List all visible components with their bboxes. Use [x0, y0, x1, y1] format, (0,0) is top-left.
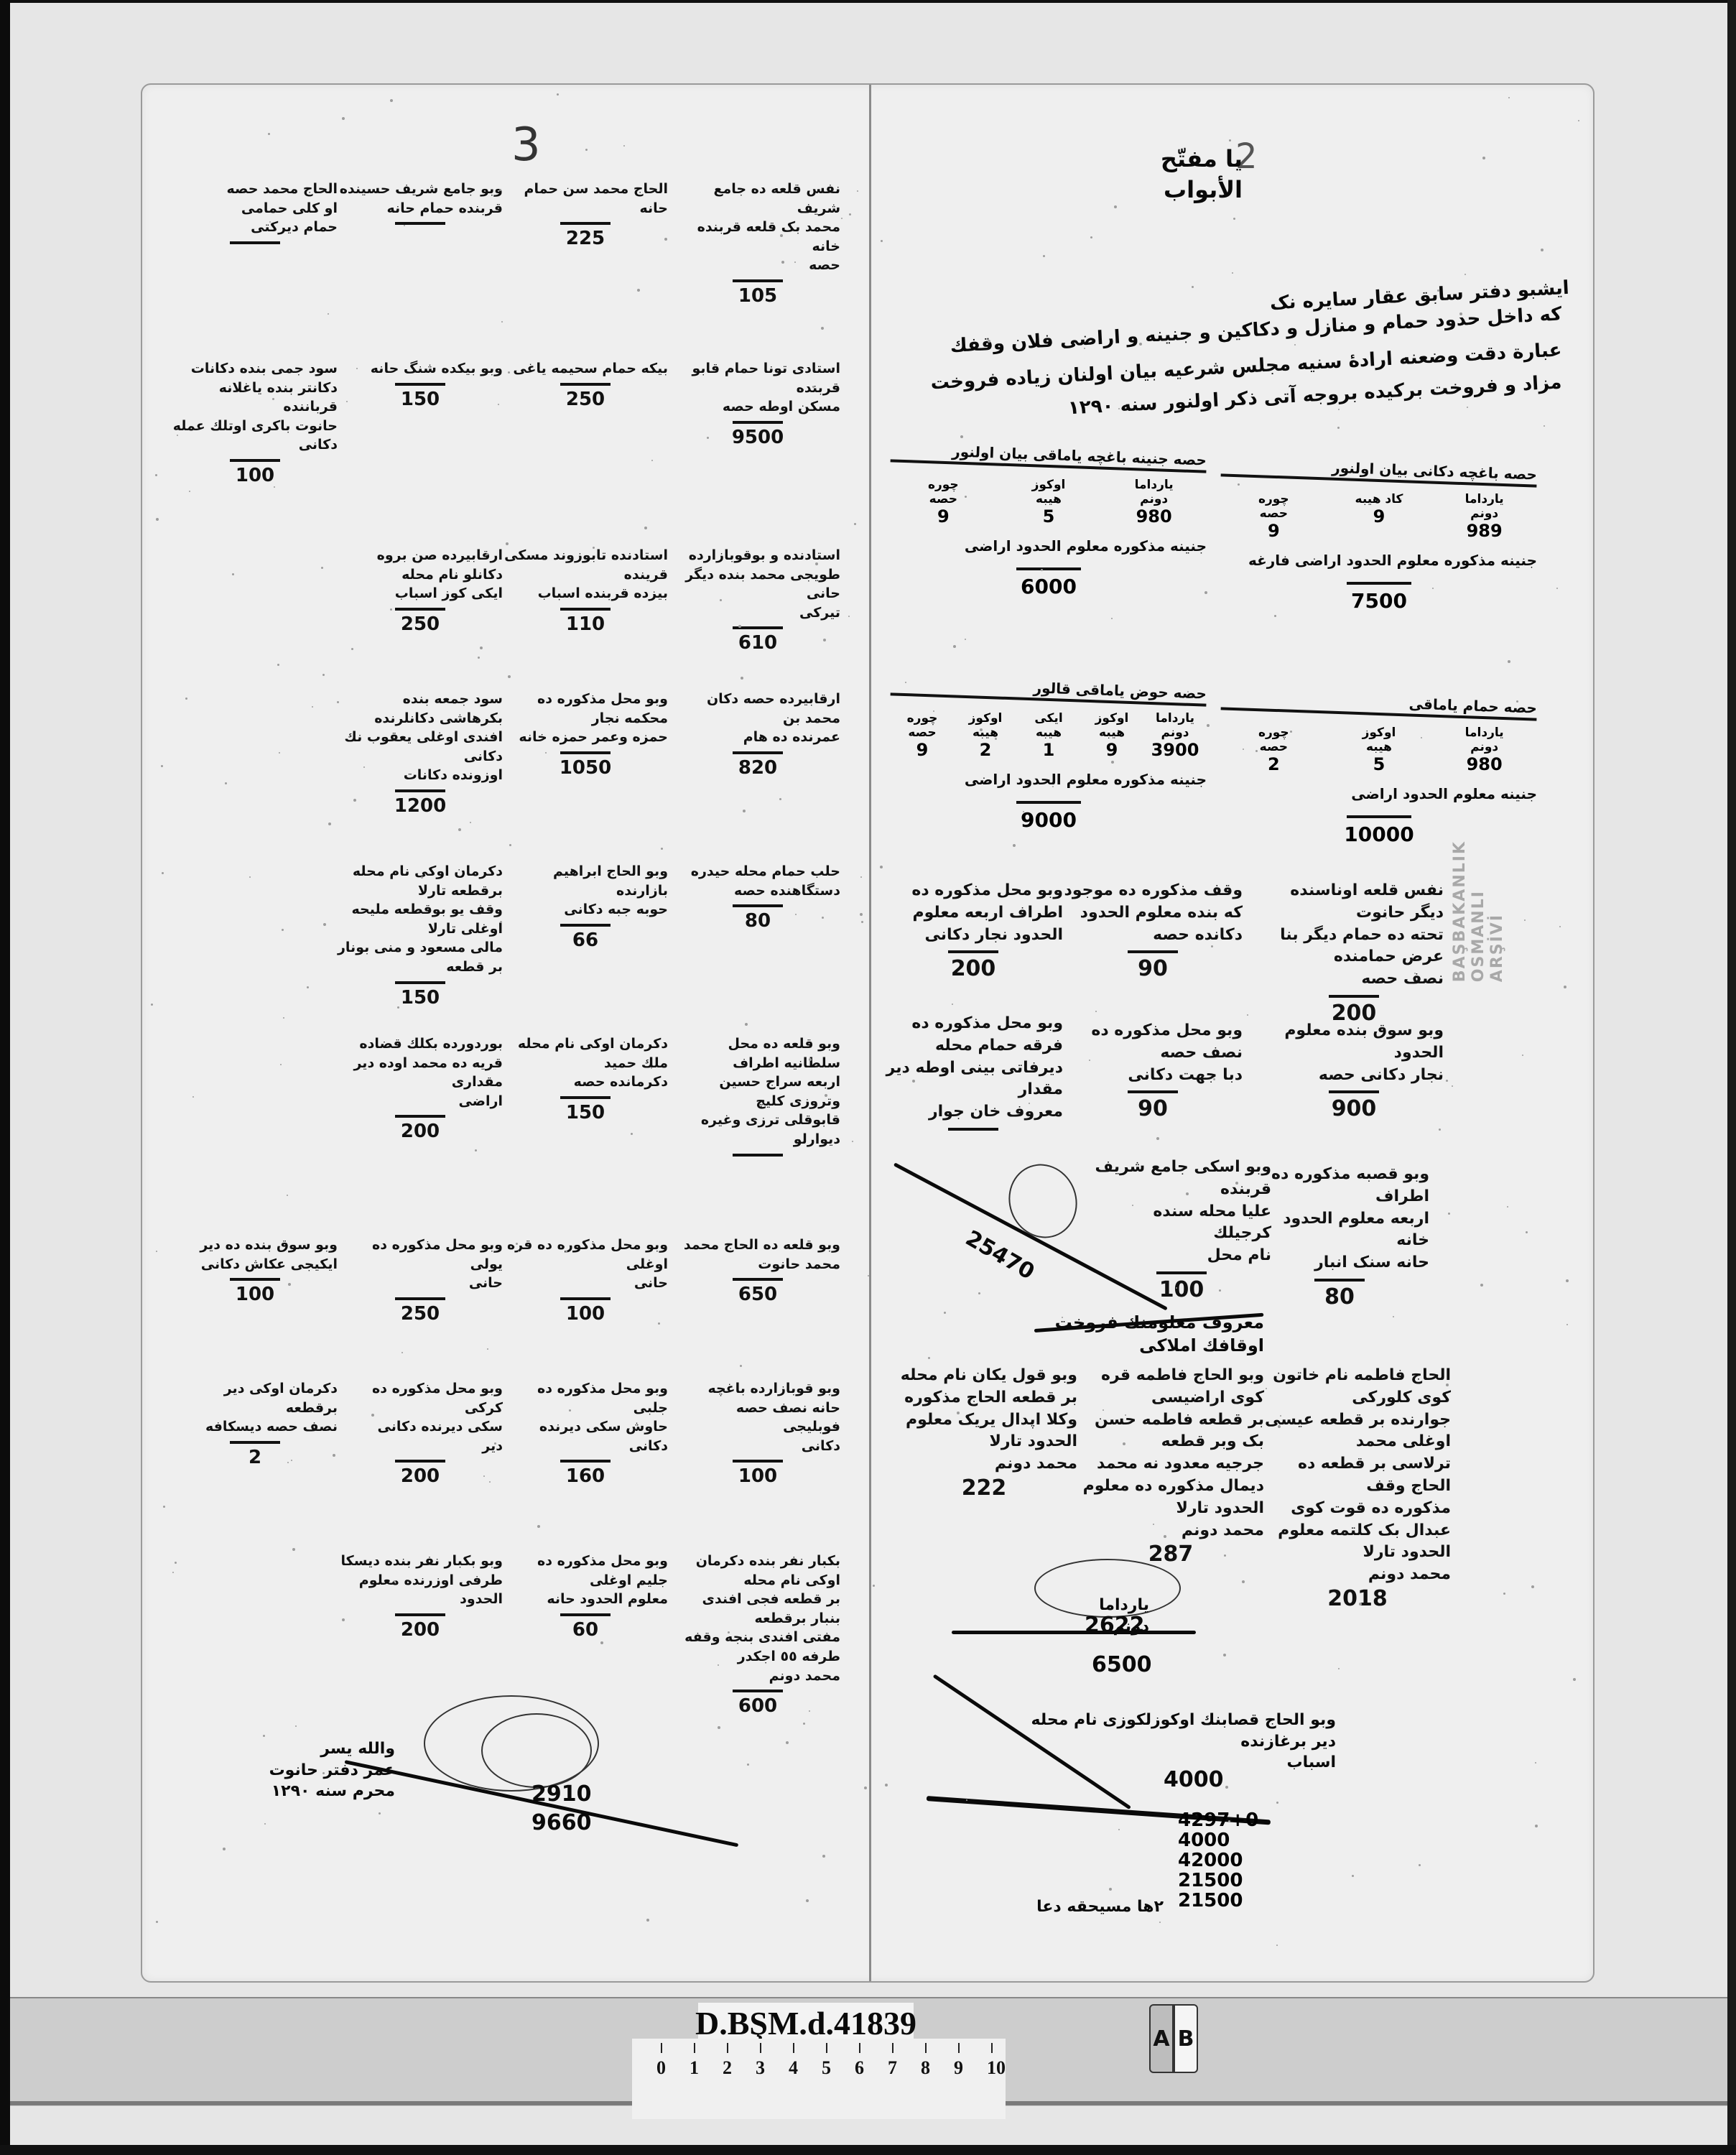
block-column: ایکی هیبه1	[1024, 711, 1074, 760]
block-columns: یارداما دونم980اوکوز هیبه5چوره حصه9	[891, 478, 1207, 527]
entry-value: 650	[675, 1284, 840, 1305]
ledger-entry: وبو الحاج ابراهیم بازارنده حوبه جبه دکان…	[503, 862, 668, 951]
total-rule	[1016, 801, 1081, 804]
entry-value: 150	[503, 1102, 668, 1123]
paper-speck	[912, 1080, 915, 1083]
paper-speck	[822, 1855, 825, 1858]
ruler-label: 3	[756, 2057, 765, 2079]
entry-rule	[733, 1154, 783, 1157]
column-label: چوره حصه	[1248, 492, 1299, 521]
paper-speck	[1338, 409, 1340, 410]
ledger-entry: وبو محل مذکوره ده فرقه حمام محله دیرفاتی…	[883, 1013, 1063, 1134]
entry-rule	[733, 421, 783, 424]
ledger-entry: وبو قلعه ده الحاج محمد محمد حانوت650	[675, 1236, 840, 1305]
entry-rule	[733, 751, 783, 754]
entry-rule	[395, 981, 445, 984]
entry-value: 100	[675, 1465, 840, 1487]
entry-value: 250	[338, 1303, 503, 1325]
block-total: 7500	[1221, 589, 1537, 613]
column-value: 9	[1087, 740, 1137, 760]
left-oval-total-2: 9660	[532, 1810, 592, 1835]
entry-value: 150	[338, 987, 503, 1009]
paper-speck	[1516, 700, 1518, 703]
paper-speck	[288, 1283, 291, 1286]
final-entry-value: 4000	[1164, 1767, 1224, 1792]
paper-speck	[1482, 157, 1485, 159]
ledger-entry: وبو جامع شریف حسینده قربنده حمام حانه	[338, 180, 503, 228]
paper-speck	[487, 1348, 488, 1350]
ruler-label: 5	[822, 2057, 831, 2079]
ruler-label: 0	[656, 2057, 666, 2079]
block-column: یارداما دونم980	[1459, 726, 1510, 774]
paper-speck	[1393, 1316, 1394, 1317]
ruler-tick	[958, 2043, 960, 2053]
paper-speck	[905, 682, 906, 683]
paper-speck	[841, 218, 843, 219]
column-label: یارداما دونم	[1459, 726, 1510, 754]
entry-value: 250	[503, 389, 668, 410]
paper-speck	[1232, 272, 1233, 274]
paper-speck	[1573, 1678, 1576, 1681]
ledger-entry: وبو سوق بنده ده دیر ایکیجی عکاش دکانی100	[172, 1236, 338, 1305]
paper-speck	[1052, 786, 1054, 787]
scan-frame-top	[0, 0, 1736, 3]
paper-speck	[1337, 427, 1340, 429]
block-note: جنینه مذکوره معلوم الحدود اراضی	[891, 770, 1207, 789]
paper-speck	[390, 608, 392, 611]
paper-speck	[499, 189, 501, 191]
total-rule	[1347, 815, 1411, 818]
ledger-entry: وبو محل مذکوره ده نصف حصه دبا جهت دکانی9…	[1063, 1020, 1243, 1121]
entry-rule	[560, 751, 611, 754]
entry-rule	[395, 1613, 445, 1616]
paper-speck	[600, 1641, 603, 1644]
archive-stamp-line: ARŞİVİ	[1488, 914, 1506, 982]
ab-page-b: B	[1174, 2004, 1198, 2073]
block-columns: یارداما دونم980اوکوز هیبه5چوره حصه2	[1221, 726, 1537, 774]
entry-value: 820	[675, 757, 840, 779]
paper-speck	[156, 518, 159, 521]
paper-speck	[644, 527, 647, 529]
entry-value: 200	[338, 1619, 503, 1641]
entry-text: وبو اسکی جامع شریف قربنده علیا محله سنده…	[1092, 1157, 1271, 1267]
ruler-label: 6	[855, 2057, 864, 2079]
total-rule	[1016, 567, 1081, 570]
paper-speck	[397, 1006, 399, 1009]
page-number-left: 3	[511, 119, 541, 172]
block-columns: یارداما دونم989کاد هیبه9چوره حصه9	[1221, 492, 1537, 541]
paper-speck	[988, 340, 990, 343]
left-signature: والله یسر عمر دفتر حانوت محرم سنه ١٢٩٠	[208, 1738, 395, 1802]
entry-rule	[560, 383, 611, 386]
paper-speck	[738, 625, 741, 628]
block-heading: حصه جنینه باغچه یاماقی بیان اولنور	[891, 440, 1207, 473]
paper-speck	[1242, 1580, 1245, 1583]
entry-text: وبو محل مذکوره ده نصف حصه دبا جهت دکانی	[1063, 1020, 1243, 1086]
entry-value: 200	[883, 956, 1063, 981]
paper-speck	[1507, 1206, 1508, 1208]
entry-value: 1200	[338, 795, 503, 817]
paper-speck	[779, 798, 781, 800]
ruler-tick	[694, 2043, 695, 2053]
entry-text: وبو بیکده شنگ حانه	[338, 359, 503, 379]
entry-rule	[230, 1441, 280, 1444]
entry-rule	[395, 608, 445, 611]
total-rule	[952, 1631, 1196, 1634]
entry-rule	[1329, 1090, 1379, 1093]
paper-speck	[322, 674, 325, 676]
paper-speck	[864, 1786, 867, 1789]
column-value: 3900	[1150, 740, 1200, 760]
land-block: حصه باغچه دکانی بیان اولنوریارداما دونم9…	[1221, 460, 1537, 613]
entry-value: 9500	[675, 427, 840, 448]
ledger-entry: الحاج محمد حصه او کلی حمامی حمام دیرکتی	[172, 180, 338, 247]
final-entry: وبو الحاج قصابنك اوکوزلکوزی نام محله دیر…	[1020, 1710, 1336, 1774]
entry-rule	[560, 1460, 611, 1463]
paper-speck	[1419, 1864, 1421, 1866]
paper-speck	[995, 738, 997, 740]
ledger-entry: وبو محل مذکوره ده کرکی سکی دیرنده دکانی …	[338, 1379, 503, 1487]
paper-speck	[1095, 1718, 1096, 1719]
paper-speck	[506, 542, 509, 545]
entry-text: وبو الحاج فاطمه قره کوی اراضیسی بر قطعه …	[1077, 1365, 1264, 1542]
entry-rule	[733, 279, 783, 282]
entry-text: وبو قصبه مذکوره ده اطراف اربعه معلوم الح…	[1250, 1164, 1429, 1274]
column-value: 980	[1129, 506, 1179, 527]
paper-speck	[280, 1064, 282, 1065]
block-column: چوره حصه9	[918, 478, 968, 527]
paper-speck	[1223, 1654, 1226, 1656]
paper-speck	[363, 766, 365, 768]
block-note: جنینه مذکوره معلوم الحدود اراضی	[891, 537, 1207, 556]
entry-rule	[948, 950, 998, 953]
entry-value: 80	[675, 910, 840, 932]
entry-rule	[733, 1690, 783, 1692]
entry-rule	[733, 1460, 783, 1463]
entry-text: وبو محل مذکوره ده اطراف اربعه معلوم الحد…	[883, 880, 1063, 946]
ledger-entry: بوردورده بکلك قضاده قریه ده محمد اوده دی…	[338, 1034, 503, 1142]
paper-speck	[287, 1195, 288, 1196]
ledger-entry: وبو اسکی جامع شریف قربنده علیا محله سنده…	[1092, 1157, 1271, 1302]
scan-frame-bottom	[0, 2145, 1736, 2155]
column-label: چوره حصه	[897, 711, 947, 740]
entry-text: وبو قلعه ده محل سلطانیه اطراف اربعه سراج…	[675, 1034, 840, 1149]
entry-value: 105	[675, 285, 840, 307]
ledger-entry: وبو محل مذکوره ده جلبی حاوش سکی دیرنده د…	[503, 1379, 668, 1487]
ab-book-icon: A B	[1149, 2004, 1198, 2073]
bottom-note: ٢ها مسیحقه دعا	[1034, 1896, 1164, 1918]
column-value: 9	[897, 740, 947, 760]
ledger-entry: حلب حمام محله حیدره دستگاهنده حصه80	[675, 862, 840, 932]
column-value: 5	[1354, 754, 1404, 774]
entry-rule	[230, 459, 280, 462]
block-column: اوکوز هیبه5	[1024, 478, 1074, 527]
entry-text: نفس قلعه اوناسنده دیگر حانوت تحته ده حما…	[1264, 880, 1444, 991]
entry-text: وبو جامع شریف حسینده قربنده حمام حانه	[338, 180, 503, 218]
ruler-tick	[991, 2043, 993, 2053]
ledger-entry: سود جمی بنده دکانات دکانتر بنده یاغلانه …	[172, 359, 338, 486]
column-value: 9	[1354, 506, 1404, 527]
entry-value: 90	[1063, 1096, 1243, 1121]
entry-text: وبو قلعه ده الحاج محمد محمد حانوت	[675, 1236, 840, 1274]
paper-speck	[328, 822, 331, 825]
paper-speck	[868, 1275, 869, 1276]
block-note: جنینه مذکوره معلوم الحدود اراضی فارغه	[1221, 551, 1537, 570]
column-label: اوکوز هیبه	[1354, 726, 1404, 754]
paper-speck	[1084, 348, 1085, 349]
land-block: حصه حمام یاماقییارداما دونم980اوکوز هیبه…	[1221, 693, 1537, 846]
ledger-entry: وقف مذکوره ده موجود که بنده معلوم الحدود…	[1063, 880, 1243, 981]
entry-rule	[1128, 1090, 1178, 1093]
paper-speck	[718, 1664, 719, 1666]
ledger-entry: ارقابیرده صن بروه دکانلو نام محله ایکی ک…	[338, 546, 503, 635]
archive-stamp-line: OSMANLI	[1470, 890, 1487, 982]
paper-speck	[1041, 569, 1043, 571]
ledger-entry: وبو محل مذکوره ده اطراف اربعه معلوم الحد…	[883, 880, 1063, 981]
entry-text: وبو محل مذکوره ده جلیم اوغلی معلوم الحدو…	[503, 1552, 668, 1609]
paper-speck	[1176, 1287, 1177, 1289]
bottom-total-value: 4000	[1178, 1830, 1258, 1850]
block-total: 6000	[891, 575, 1207, 598]
paper-speck	[848, 616, 850, 617]
entry-value: 610	[675, 632, 840, 654]
paper-speck	[852, 1141, 853, 1142]
oval-total-2: 6500	[1092, 1652, 1152, 1677]
entry-rule	[560, 924, 611, 927]
entry-text: دکرمان اوکی دیر برقطعه نصف حصه دیسکافه	[172, 1379, 338, 1437]
paper-speck	[192, 1096, 194, 1098]
entry-text: وبو محل مذکوره ده جلبی حاوش سکی دیرنده د…	[503, 1379, 668, 1455]
entry-text: وبو سوق بنده معلوم الحدود نجار دکانی حصه	[1264, 1020, 1444, 1086]
ledger-entry: وبو قصبه مذکوره ده اطراف اربعه معلوم الح…	[1250, 1164, 1429, 1310]
ledger-entry: وبو محل مذکوره ده محکمه نجار حمزه وعمر ح…	[503, 690, 668, 779]
paper-speck	[786, 1741, 789, 1744]
paper-speck	[1274, 615, 1276, 617]
entry-rule	[395, 1297, 445, 1300]
entry-value: 1050	[503, 757, 668, 779]
paper-speck	[155, 474, 157, 476]
archive-stamp-line: BAŞBAKANLIK	[1451, 840, 1469, 982]
paper-speck	[812, 386, 814, 388]
paper-speck	[557, 93, 559, 96]
entry-rule	[395, 222, 445, 225]
entry-rule	[1329, 995, 1379, 998]
ab-page-a: A	[1149, 2004, 1174, 2073]
paper-speck	[337, 701, 339, 703]
entry-text: وبو سوق بنده ده دیر ایکیجی عکاش دکانی	[172, 1236, 338, 1274]
bottom-total-value: 21500	[1178, 1871, 1258, 1891]
ruler-tick	[892, 2043, 893, 2053]
paper-speck	[1247, 1014, 1248, 1016]
paper-speck	[1452, 1085, 1453, 1087]
paper-speck	[880, 866, 883, 868]
block-column: یارداما دونم3900	[1150, 711, 1200, 760]
entry-rule	[733, 1278, 783, 1281]
paper-speck	[1535, 1762, 1536, 1764]
bottom-total-value: 21500	[1178, 1891, 1258, 1911]
column-value: 989	[1459, 521, 1510, 541]
entry-text: الحاج محمد سن حمام حانه	[503, 180, 668, 218]
paper-speck	[1062, 1317, 1063, 1318]
ledger-entry: وبو الحاج فاطمه قره کوی اراضیسی بر قطعه …	[1077, 1365, 1264, 1567]
paper-speck	[881, 240, 883, 242]
block-column: یارداما دونم989	[1459, 492, 1510, 541]
scan-frame-left	[0, 0, 10, 2155]
ledger-entry: وبو قول یکان نام محله بر قطعه الحاج مذکو…	[891, 1365, 1077, 1501]
ledger-entry: وبو سوق بنده معلوم الحدود نجار دکانی حصه…	[1264, 1020, 1444, 1121]
ledger-entry: وبو محل مذکوره ده جلیم اوغلی معلوم الحدو…	[503, 1552, 668, 1641]
paper-speck	[307, 986, 309, 988]
ledger-entry: دکرمان اوکی نام محله برقطعه تارلا وقف یو…	[338, 862, 503, 1009]
oval-mark	[481, 1713, 592, 1788]
entry-value: 222	[891, 1475, 1077, 1501]
column-value: 2	[960, 740, 1011, 760]
paper-speck	[1089, 1060, 1090, 1061]
ruler-tick	[727, 2043, 728, 2053]
column-value: 9	[918, 506, 968, 527]
ledger-entry: استادی تونا حمام قابو قربنده مسکن اوطه ح…	[675, 359, 840, 448]
ledger-entry: دکرمان اوکی دیر برقطعه نصف حصه دیسکافه2	[172, 1379, 338, 1468]
entry-text: دکرمان اوکی نام محله ملك حمید دکرمانده ح…	[503, 1034, 668, 1092]
entry-text: الحاج فاطمه نام خاتون کوی کلورکی جوارنده…	[1264, 1365, 1451, 1586]
paper-speck	[1400, 499, 1401, 500]
paper-speck	[1421, 737, 1422, 738]
entry-text: وبو محل مذکوره ده یولی حانی	[338, 1236, 503, 1293]
block-column: اوکوز هیبه9	[1087, 711, 1137, 760]
column-value: 2	[1248, 754, 1299, 774]
ruler-tick	[859, 2043, 860, 2053]
entry-text: حلب حمام محله حیدره دستگاهنده حصه	[675, 862, 840, 900]
left-oval-total: 2910	[532, 1781, 592, 1807]
entry-text: وبو قول یکان نام محله بر قطعه الحاج مذکو…	[891, 1365, 1077, 1475]
block-note: جنینه معلوم الحدود اراضی	[1221, 784, 1537, 804]
paper-speck	[831, 1447, 832, 1449]
paper-speck	[651, 460, 653, 461]
paper-speck	[508, 371, 510, 374]
land-block: حصه حوض یاماقی قالوریارداما دونم3900اوکو…	[891, 679, 1207, 832]
block-column: کاد هیبه9	[1354, 492, 1404, 541]
entry-value: 200	[338, 1121, 503, 1142]
column-label: اوکوز هیبه	[960, 711, 1011, 740]
column-label: کاد هیبه	[1354, 492, 1404, 506]
paper-speck	[1535, 1825, 1538, 1827]
paper-speck	[565, 1251, 567, 1253]
ledger-entry: وبو محل مذکوره ده قره اوغلی حانی100	[503, 1236, 668, 1325]
paper-speck	[825, 1094, 827, 1097]
paper-speck	[661, 848, 663, 850]
entry-rule	[1128, 950, 1178, 953]
page-fold	[869, 85, 871, 1981]
paper-speck	[1294, 344, 1296, 346]
entry-value: 2	[172, 1447, 338, 1468]
entry-value: 80	[1250, 1284, 1429, 1310]
ruler-tick	[760, 2043, 761, 2053]
entry-text: وبو الحاج ابراهیم بازارنده حوبه جبه دکان…	[503, 862, 668, 919]
paper-speck	[379, 1812, 381, 1815]
paper-speck	[232, 573, 234, 575]
land-block: حصه جنینه باغچه یاماقی بیان اولنوریاردام…	[891, 445, 1207, 598]
column-label: یارداما دونم	[1150, 711, 1200, 740]
entry-text: وبو محل مذکوره ده کرکی سکی دیرنده دکانی …	[338, 1379, 503, 1455]
paper-speck	[346, 401, 348, 402]
entry-value: 250	[338, 613, 503, 635]
ruler-label: 7	[888, 2057, 897, 2079]
ledger-entry: الحاج محمد سن حمام حانه225	[503, 180, 668, 249]
ledger-entry: نفس قلعه ده جامع شریف محمد بک قلعه قربند…	[675, 180, 840, 307]
entry-rule	[560, 1297, 611, 1300]
column-label: ایکی هیبه	[1024, 711, 1074, 740]
catalog-code-label: D.BŞM.d.41839	[698, 2003, 914, 2043]
column-value: 980	[1459, 754, 1510, 774]
paper-speck	[223, 1848, 226, 1850]
archive-stamp: BAŞBAKANLIK OSMANLI ARŞİVİ	[1451, 840, 1507, 982]
block-column: چوره حصه9	[1248, 492, 1299, 541]
block-column: اوکوز هیبه2	[960, 711, 1011, 760]
paper-speck	[822, 917, 824, 919]
paper-speck	[328, 313, 329, 315]
paper-speck	[268, 133, 270, 135]
entry-rule	[395, 383, 445, 386]
column-label: یارداما دونم	[1459, 492, 1510, 521]
paper-speck	[1043, 255, 1045, 257]
paper-speck	[861, 921, 863, 923]
invocation: يا مفتّح الأبواب	[1142, 144, 1243, 205]
paper-speck	[1211, 945, 1213, 947]
paper-speck	[1235, 1182, 1238, 1185]
column-value: 9	[1248, 521, 1299, 541]
total-rule	[1347, 582, 1411, 585]
entry-value: 100	[172, 1284, 338, 1305]
paper-speck	[664, 238, 667, 241]
entry-value: 200	[338, 1465, 503, 1487]
column-value: 1	[1024, 740, 1074, 760]
paper-speck	[1213, 1078, 1215, 1080]
entry-text: دکرمان اوکی نام محله برقطعه تارلا وقف یو…	[338, 862, 503, 977]
paper-speck	[1238, 483, 1240, 486]
entry-text: سود جمعه بنده بکرهاشی دکانلرنده افندی او…	[338, 690, 503, 785]
entry-rule	[948, 1128, 998, 1131]
ledger-entry: بکبار نفر بنده دکرمان اوکی نام محله بر ق…	[675, 1552, 840, 1717]
entry-text: وبو محل مذکوره ده محکمه نجار حمزه وعمر ح…	[503, 690, 668, 747]
scale-ruler: 012345678910	[632, 2039, 1006, 2119]
paper-speck	[151, 1004, 153, 1006]
bottom-total-value: 4297+0	[1178, 1810, 1258, 1830]
entry-value: 225	[503, 228, 668, 249]
paper-speck	[1123, 1442, 1125, 1445]
paper-speck	[1013, 844, 1016, 847]
ruler-label: 8	[921, 2057, 930, 2079]
bottom-total-value: 42000	[1178, 1850, 1258, 1871]
ruler-tick	[793, 2043, 794, 2053]
entry-text: وبو قوبازارده باغچه حانه نصف حصه فوبلیجی…	[675, 1379, 840, 1455]
entry-value: 160	[503, 1465, 668, 1487]
entry-text: استادی تونا حمام قابو قربنده مسکن اوطه ح…	[675, 359, 840, 417]
paper-speck	[269, 221, 271, 223]
paper-speck	[1531, 1585, 1534, 1588]
entry-value: 2018	[1264, 1586, 1451, 1611]
entry-text: وبو محل مذکوره ده فرقه حمام محله دیرفاتی…	[883, 1013, 1063, 1123]
column-value: 5	[1024, 506, 1074, 527]
paper-speck	[593, 547, 595, 549]
block-column: چوره حصه9	[897, 711, 947, 760]
entry-rule	[395, 1115, 445, 1118]
paper-speck	[249, 876, 251, 878]
paper-speck	[803, 1723, 805, 1725]
paper-speck	[747, 1764, 749, 1766]
entry-rule	[733, 904, 783, 907]
entry-text: استادنده تابوزوند مسکی قرینده بیزده قربن…	[503, 546, 668, 603]
paper-speck	[623, 145, 625, 147]
